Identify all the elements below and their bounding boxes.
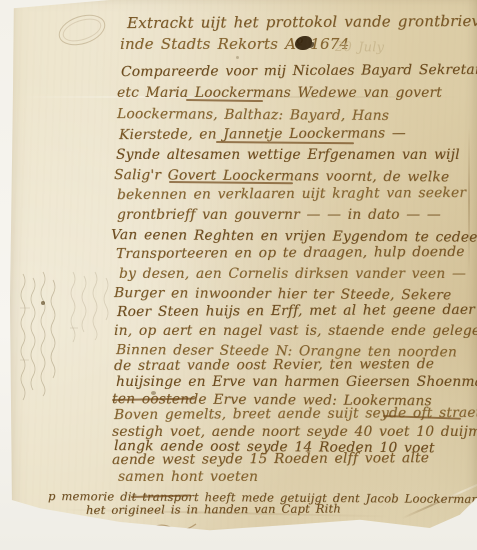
manuscript-text: Extrackt uijt het prottokol vande grontb… — [0, 0, 477, 550]
manuscript-line: de straat vande oost Revier, ten westen … — [114, 356, 434, 374]
manuscript-line: huijsinge en Erve van harmen Gieersen Sh… — [116, 374, 477, 390]
manuscript-line: aende west seyde 15 Roeden elff voet alt… — [112, 450, 429, 468]
paper-sheet: Extrackt uijt het prottokol vande grontb… — [0, 0, 477, 550]
manuscript-line: grontbrieff van gouvernr — — in dato — — — [117, 207, 441, 223]
manuscript-line: Van eenen Reghten en vrijen Eygendom te … — [111, 227, 477, 246]
manuscript-line: Boven gemelts, breet aende suijt seyde o… — [114, 405, 477, 423]
manuscript-line: Extrackt uijt het prottokol vande grontb… — [127, 12, 477, 32]
manuscript-line: Roer Steen huijs en Erff, met al het gee… — [117, 302, 475, 320]
manuscript-line: het origineel is in handen van Capt Rith — [86, 501, 341, 517]
manuscript-line: etc Maria Loockermans Wedewe van govert — [117, 85, 442, 101]
ink-speck — [41, 301, 45, 305]
manuscript-line: samen hont voeten — [118, 469, 258, 485]
ink-blot — [295, 36, 312, 50]
manuscript-line: Transporteeren en op te draagen, hulp do… — [116, 244, 465, 262]
manuscript-line: 20 July — [335, 40, 384, 55]
manuscript-line: in, op aert en nagel vast is, staende en… — [114, 323, 477, 339]
scanned-manuscript: Extrackt uijt het prottokol vande grontb… — [0, 0, 477, 550]
manuscript-line: inde Stadts Rekorts Aº 1674 — [120, 35, 349, 53]
manuscript-line: Loockermans, Balthaz: Bayard, Hans — [117, 106, 389, 124]
manuscript-line: by desen, aen Cornelis dirksen vander ve… — [119, 266, 466, 282]
ink-speck — [151, 391, 156, 395]
manuscript-line: Salig'r Govert Loockermans voornt, de we… — [114, 167, 449, 185]
manuscript-line: Kierstede, en Jannetje Loockermans — — [119, 125, 406, 143]
manuscript-line: Synde altesamen wettige Erfgenamen van w… — [116, 147, 460, 163]
ink-speck — [236, 56, 239, 59]
manuscript-line: Burger en inwoonder hier ter Steede, Sek… — [114, 285, 451, 303]
manuscript-line: Compareerde voor mij Nicolaes Bayard Sek… — [121, 62, 477, 80]
manuscript-line: bekennen en verklaaren uijt kraght van s… — [117, 185, 466, 203]
